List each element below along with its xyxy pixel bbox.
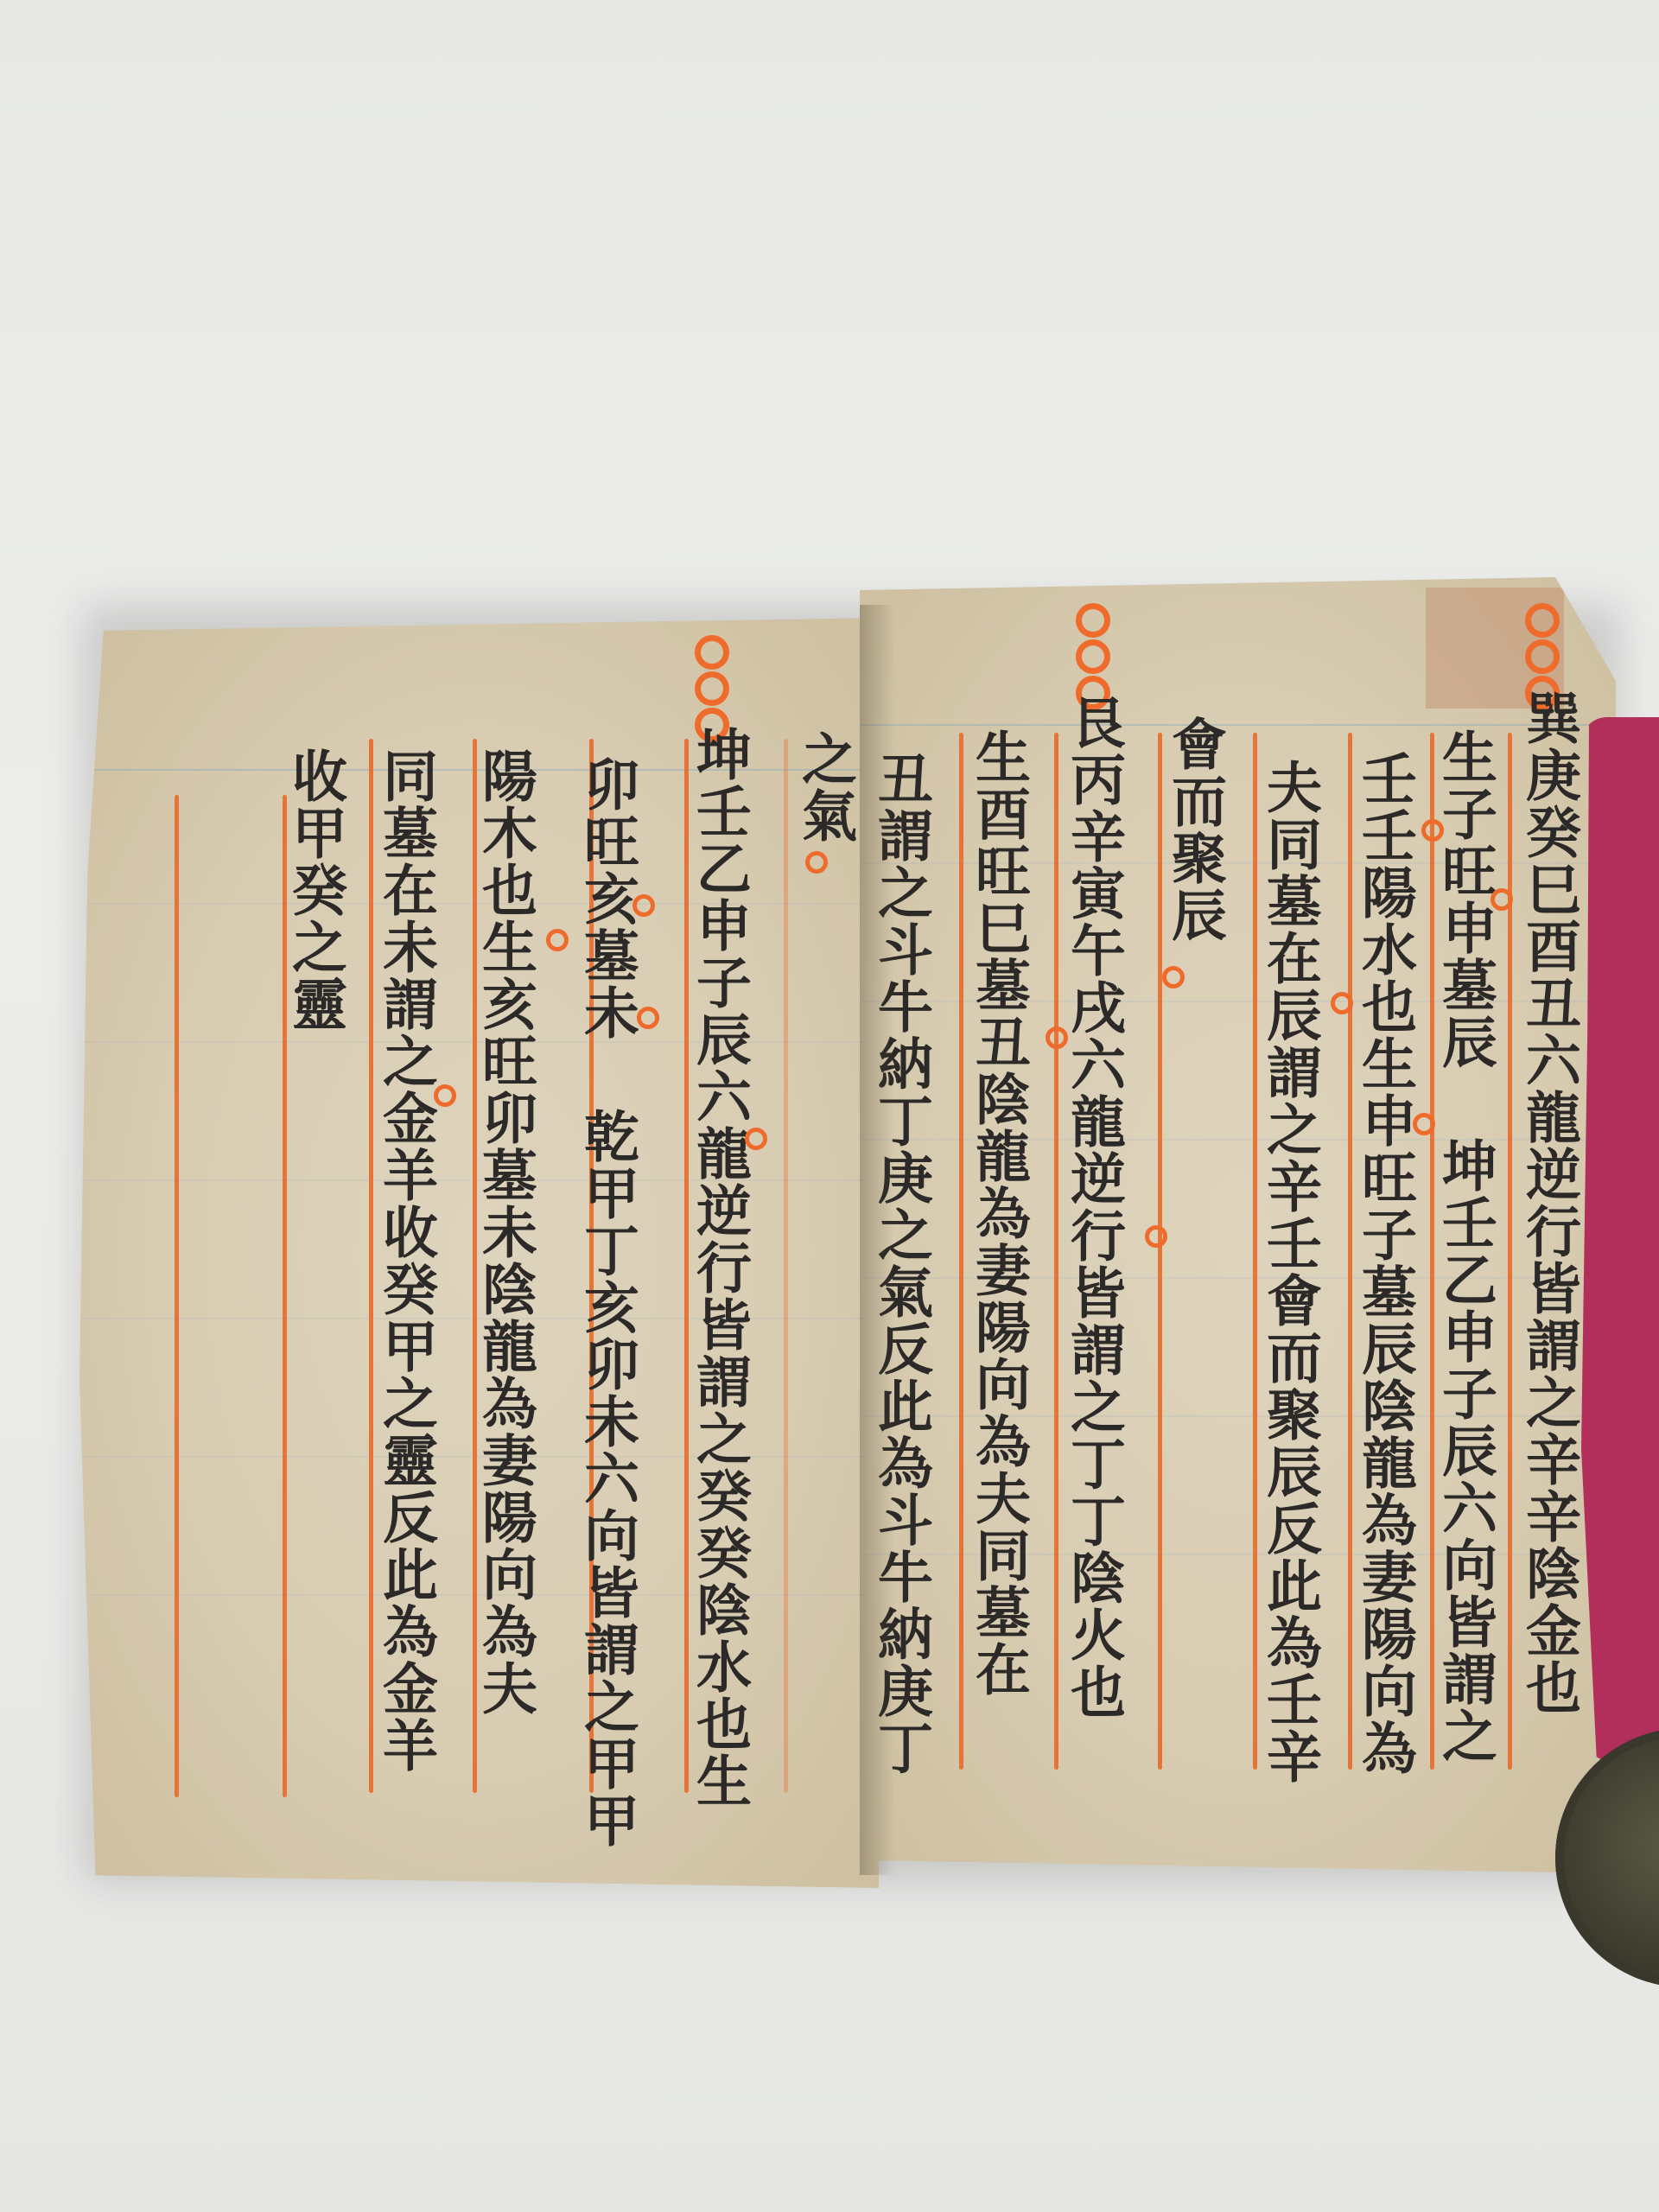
text-column: 生子旺申墓辰 坤壬乙申子辰六向皆謂之 — [1437, 728, 1492, 1764]
text-column: 之氣 — [797, 730, 852, 844]
red-column-rule — [784, 739, 788, 1793]
red-circle-mark — [1413, 1113, 1435, 1135]
red-column-rule — [175, 795, 179, 1797]
red-circle-mark — [745, 1128, 767, 1150]
red-circle-mark — [1046, 1027, 1068, 1049]
text-column: 坤壬乙申子辰六龍逆行皆謂之癸癸陰水也生 — [691, 726, 747, 1809]
book-spine — [860, 605, 894, 1875]
red-circle-mark — [632, 894, 655, 917]
left-page: 之氣 坤壬乙申子辰六龍逆行皆謂之癸癸陰水也生 卯旺亥墓未 乾甲丁亥卯未六向皆謂之… — [79, 618, 879, 1888]
red-circle-mark — [1491, 888, 1513, 911]
text-column: 壬壬陽水也生申旺子墓辰陰龍為妻陽向為 — [1357, 750, 1412, 1777]
ruled-line — [860, 724, 1616, 726]
red-circle-mark — [637, 1007, 659, 1029]
red-circle-mark — [1162, 966, 1185, 988]
text-column: 夫同墓在辰謂之辛壬會而聚辰反此為壬辛 — [1262, 759, 1317, 1785]
red-column-rule — [1054, 733, 1058, 1770]
right-page: 巽庚癸巳酉丑六龍逆行皆謂之辛辛陰金也 生子旺申墓辰 坤壬乙申子辰六向皆謂之 壬壬… — [860, 577, 1616, 1873]
red-circle-mark — [546, 929, 569, 951]
red-circle-mark — [434, 1084, 456, 1107]
text-column: 收甲癸之靈 — [287, 747, 342, 1033]
text-column: 會而聚辰 — [1166, 715, 1222, 944]
text-column: 同墓在未謂之金羊收癸甲之靈反此為金羊 — [378, 747, 433, 1774]
red-circle-mark — [805, 851, 828, 874]
red-circle-mark — [1145, 1225, 1167, 1248]
text-column: 卯旺亥墓未 乾甲丁亥卯未六向皆謂之甲甲 — [579, 756, 634, 1849]
red-column-rule — [1508, 733, 1512, 1770]
red-column-rule — [959, 733, 963, 1770]
text-column: 陽木也生亥旺卯墓未陰龍為妻陽向為夫 — [477, 747, 532, 1717]
red-cover-edge — [1581, 717, 1659, 1763]
text-column: 巽庚癸巳酉丑六龍逆行皆謂之辛辛陰金也 — [1521, 690, 1576, 1716]
text-column: 生酉旺巳墓丑陰龍為妻陽向為夫同墓在 — [970, 728, 1026, 1698]
red-circle-mark — [1421, 819, 1444, 842]
text-column: 艮丙辛寅午戌六龍逆行皆謂之丁丁陰火也 — [1065, 694, 1121, 1720]
red-circle-mark — [1331, 992, 1353, 1014]
